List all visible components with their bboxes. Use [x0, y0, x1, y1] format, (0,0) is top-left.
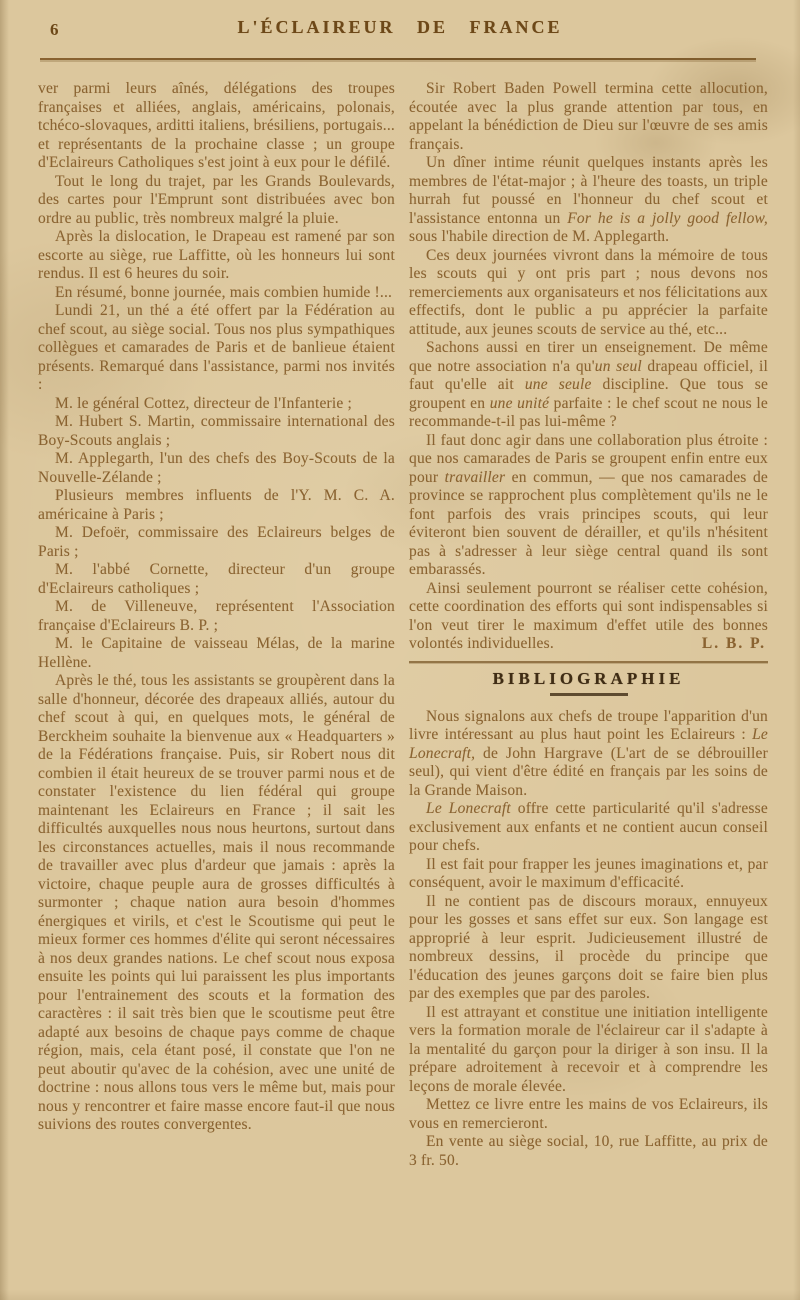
paragraph: Ces deux journées vivront dans la mémoir… — [409, 247, 768, 340]
text-run: Nous signalons aux chefs de troupe l'app… — [409, 708, 768, 744]
paragraph: Après le thé, tous les assistants se gro… — [38, 672, 395, 1135]
text-run: ver parmi leurs aînés, délégations des t… — [38, 80, 395, 171]
paragraph: Il est fait pour frapper les jeunes imag… — [409, 856, 768, 893]
text-run: M. le général Cottez, directeur de l'Inf… — [55, 395, 352, 412]
paragraph: Il ne contient pas de discours moraux, e… — [409, 893, 768, 1004]
page-body: ver parmi leurs aînés, délégations des t… — [38, 80, 768, 1170]
italic-text: une seule — [525, 376, 592, 393]
paragraph: M. Hubert S. Martin, commissaire interna… — [38, 413, 395, 450]
left-column: ver parmi leurs aînés, délégations des t… — [38, 80, 395, 1170]
italic-text: For he is a jolly good fellow, — [567, 210, 768, 227]
text-run: En résumé, bonne journée, mais combien h… — [55, 284, 392, 301]
paragraph: Sir Robert Baden Powell termina cette al… — [409, 80, 768, 154]
text-run: Tout le long du trajet, par les Grands B… — [38, 173, 395, 227]
paragraph: M. l'abbé Cornette, directeur d'un group… — [38, 561, 395, 598]
paragraph: Il est attrayant et constitue une initia… — [409, 1004, 768, 1097]
text-run: Après le thé, tous les assistants se gro… — [38, 672, 395, 1133]
text-run: Il est attrayant et constitue une initia… — [409, 1004, 768, 1095]
text-run: Mettez ce livre entre les mains de vos E… — [409, 1096, 768, 1132]
right-column: Sir Robert Baden Powell termina cette al… — [409, 80, 768, 1170]
bibliography-heading: BIBLIOGRAPHIE — [409, 669, 768, 689]
paragraph: Plusieurs membres influents de l'Y. M. C… — [38, 487, 395, 524]
text-run: M. l'abbé Cornette, directeur d'un group… — [38, 561, 395, 597]
italic-text: une unité — [490, 395, 549, 412]
italic-text: un seul — [595, 358, 642, 375]
text-run: Ces deux journées vivront dans la mémoir… — [409, 247, 768, 338]
paragraph: Il faut donc agir dans une collaboration… — [409, 432, 768, 580]
italic-text: travailler — [445, 469, 506, 486]
paragraph: M. Applegarth, l'un des chefs des Boy-Sc… — [38, 450, 395, 487]
paragraph: Tout le long du trajet, par les Grands B… — [38, 173, 395, 229]
italic-text: Le Lonecraft — [426, 800, 511, 817]
newspaper-page: 6 L'ÉCLAIREUR DE FRANCE ver parmi leurs … — [0, 0, 800, 1300]
paragraph: En vente au siège social, 10, rue Laffit… — [409, 1133, 768, 1170]
text-run: M. le Capitaine de vaisseau Mélas, de la… — [38, 635, 395, 671]
paragraph: Lundi 21, un thé a été offert par la Féd… — [38, 302, 395, 395]
text-run: Sir Robert Baden Powell termina cette al… — [409, 80, 768, 153]
paragraph: En résumé, bonne journée, mais combien h… — [38, 284, 395, 303]
paragraph: M. de Villeneuve, représentent l'Associa… — [38, 598, 395, 635]
page-title: L'ÉCLAIREUR DE FRANCE — [0, 17, 800, 38]
text-run: M. Applegarth, l'un des chefs des Boy-Sc… — [38, 450, 395, 486]
header-rule — [40, 58, 756, 60]
paragraph: Mettez ce livre entre les mains de vos E… — [409, 1096, 768, 1133]
paragraph: M. le général Cottez, directeur de l'Inf… — [38, 395, 395, 414]
paragraph: Ainsi seulement pourront se réaliser cet… — [409, 580, 768, 654]
text-run: Il ne contient pas de discours moraux, e… — [409, 893, 768, 1003]
text-run: M. Hubert S. Martin, commissaire interna… — [38, 413, 395, 449]
paragraph: Un dîner intime réunit quelques instants… — [409, 154, 768, 247]
bibliography-heading-underline — [550, 693, 628, 696]
text-run: Plusieurs membres influents de l'Y. M. C… — [38, 487, 395, 523]
text-run: Lundi 21, un thé a été offert par la Féd… — [38, 302, 395, 393]
text-run: Après la dislocation, le Drapeau est ram… — [38, 228, 395, 282]
bibliography-body: Nous signalons aux chefs de troupe l'app… — [409, 708, 768, 1171]
text-run: M. Defoër, commissaire des Eclaireurs be… — [38, 524, 395, 560]
text-run: En vente au siège social, 10, rue Laffit… — [409, 1133, 768, 1169]
author-initials: L. B. P. — [702, 635, 768, 654]
paragraph: Après la dislocation, le Drapeau est ram… — [38, 228, 395, 284]
section-divider-rule — [409, 661, 768, 663]
article-continuation: Sir Robert Baden Powell termina cette al… — [409, 80, 768, 654]
paragraph: M. le Capitaine de vaisseau Mélas, de la… — [38, 635, 395, 672]
paragraph: ver parmi leurs aînés, délégations des t… — [38, 80, 395, 173]
text-run: M. de Villeneuve, représentent l'Associa… — [38, 598, 395, 634]
text-run: sous l'habile direction de M. Applegarth… — [409, 228, 669, 245]
paragraph: M. Defoër, commissaire des Eclaireurs be… — [38, 524, 395, 561]
paragraph: Le Lonecraft offre cette particularité q… — [409, 800, 768, 856]
paragraph: Sachons aussi en tirer un enseignement. … — [409, 339, 768, 432]
paragraph: Nous signalons aux chefs de troupe l'app… — [409, 708, 768, 801]
text-run: Il est fait pour frapper les jeunes imag… — [409, 856, 768, 892]
